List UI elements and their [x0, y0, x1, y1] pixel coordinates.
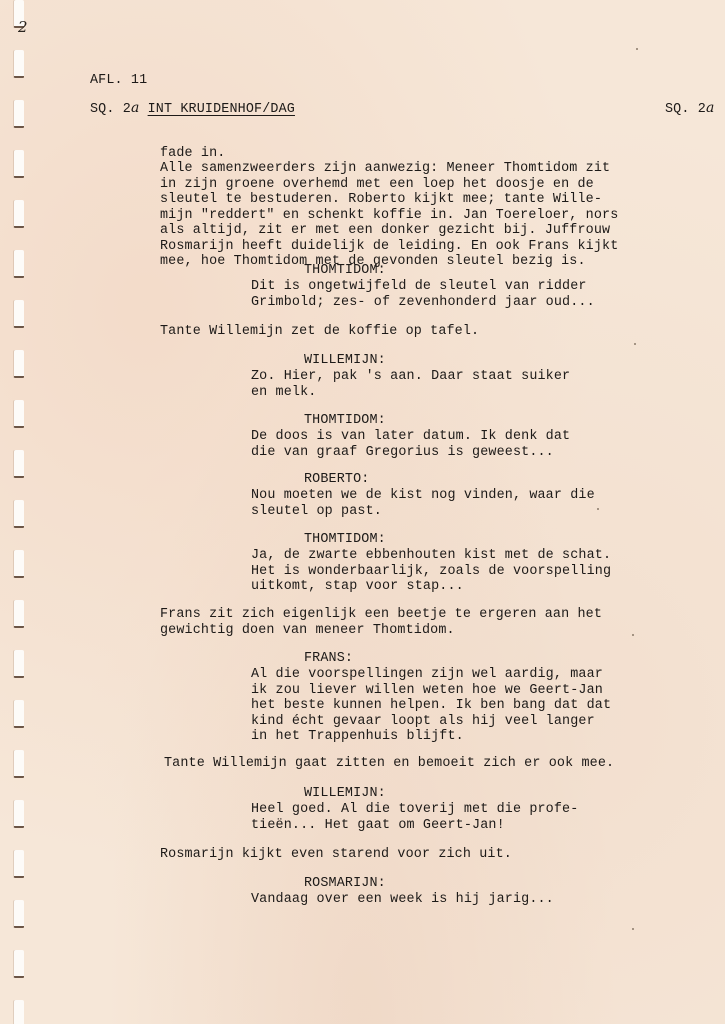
- dialogue-line: in het Trappenhuis blijft.: [251, 729, 464, 744]
- binding-holes: [14, 0, 28, 1024]
- paper-speck: [636, 48, 638, 50]
- sequence-heading: SQ. 2a INT KRUIDENHOF/DAG: [90, 100, 295, 118]
- dialogue-line: sleutel op past.: [251, 504, 382, 519]
- action-block: Frans zit zich eigenlijk een beetje te e…: [160, 607, 602, 638]
- speaker-name: ROSMARIJN:: [304, 876, 386, 892]
- binding-hole: [14, 700, 24, 728]
- binding-hole: [14, 850, 24, 878]
- speaker-name: WILLEMIJN:: [304, 353, 386, 369]
- binding-hole: [14, 50, 24, 78]
- dialogue-block: Dit is ongetwijfeld de sleutel van ridde…: [251, 279, 595, 310]
- dialogue-line: Grimbold; zes- of zevenhonderd jaar oud.…: [251, 295, 595, 310]
- script-page: 2 AFL. 11 SQ. 2a INT KRUIDENHOF/DAG SQ. …: [0, 0, 725, 1024]
- action-block: Tante Willemijn gaat zitten en bemoeit z…: [164, 756, 614, 772]
- speaker-name: THOMTIDOM:: [304, 532, 386, 548]
- binding-hole: [14, 300, 24, 328]
- binding-hole: [14, 800, 24, 828]
- binding-hole: [14, 750, 24, 778]
- dialogue-block: Nou moeten we de kist nog vinden, waar d…: [251, 488, 595, 519]
- action-line: als altijd, zit er met een donker gezich…: [160, 223, 610, 238]
- binding-hole: [14, 500, 24, 528]
- action-line: in zijn groene overhemd met een loep het…: [160, 177, 594, 192]
- binding-hole: [14, 150, 24, 178]
- paper-speck: [597, 508, 599, 510]
- speaker-name: WILLEMIJN:: [304, 786, 386, 802]
- binding-hole: [14, 900, 24, 928]
- action-line: gewichtig doen van meneer Thomtidom.: [160, 623, 455, 638]
- dialogue-block: Zo. Hier, pak 's aan. Daar staat suiker …: [251, 369, 570, 400]
- dialogue-line: tieën... Het gaat om Geert-Jan!: [251, 818, 505, 833]
- dialogue-block: Vandaag over een week is hij jarig...: [251, 892, 554, 908]
- sequence-suffix-right-handwritten: a: [706, 100, 715, 116]
- binding-hole: [14, 200, 24, 228]
- action-line: Alle samenzweerders zijn aanwezig: Menee…: [160, 161, 610, 176]
- episode-label: AFL. 11: [90, 73, 147, 89]
- paper-speck: [634, 343, 636, 345]
- sequence-number-right: SQ. 2a: [665, 100, 714, 118]
- binding-hole: [14, 450, 24, 478]
- binding-hole: [14, 250, 24, 278]
- dialogue-line: Dit is ongetwijfeld de sleutel van ridde…: [251, 279, 587, 294]
- dialogue-line: Al die voorspellingen zijn wel aardig, m…: [251, 667, 603, 682]
- binding-hole: [14, 350, 24, 378]
- binding-hole: [14, 600, 24, 628]
- action-block: Rosmarijn kijkt even starend voor zich u…: [160, 847, 512, 863]
- dialogue-line: Heel goed. Al die toverij met die profe-: [251, 802, 578, 817]
- dialogue-block: De doos is van later datum. Ik denk dat …: [251, 429, 570, 460]
- action-line: Frans zit zich eigenlijk een beetje te e…: [160, 607, 602, 622]
- dialogue-line: Zo. Hier, pak 's aan. Daar staat suiker: [251, 369, 570, 384]
- binding-hole: [14, 950, 24, 978]
- action-block: Tante Willemijn zet de koffie op tafel.: [160, 324, 479, 340]
- speaker-name: THOMTIDOM:: [304, 263, 386, 279]
- dialogue-line: het beste kunnen helpen. Ik ben bang dat…: [251, 698, 611, 713]
- action-line: Rosmarijn heeft duidelijk de leiding. En…: [160, 239, 618, 254]
- sequence-number-right-text: SQ. 2: [665, 102, 706, 117]
- sequence-number: SQ. 2: [90, 102, 131, 117]
- action-line: mijn "reddert" en schenkt koffie in. Jan…: [160, 208, 618, 223]
- paper-speck: [632, 634, 634, 636]
- dialogue-line: Nou moeten we de kist nog vinden, waar d…: [251, 488, 595, 503]
- dialogue-line: kind écht gevaar loopt als hij veel lang…: [251, 714, 595, 729]
- dialogue-line: Het is wonderbaarlijk, zoals de voorspel…: [251, 564, 611, 579]
- dialogue-line: Ja, de zwarte ebbenhouten kist met de sc…: [251, 548, 611, 563]
- dialogue-block: Ja, de zwarte ebbenhouten kist met de sc…: [251, 548, 611, 595]
- dialogue-line: ik zou liever willen weten hoe we Geert-…: [251, 683, 603, 698]
- scene-heading: INT KRUIDENHOF/DAG: [148, 102, 295, 117]
- sequence-suffix-handwritten: a: [131, 100, 140, 116]
- binding-hole: [14, 100, 24, 128]
- binding-hole: [14, 650, 24, 678]
- dialogue-line: die van graaf Gregorius is geweest...: [251, 445, 554, 460]
- speaker-name: FRANS:: [304, 651, 353, 667]
- speaker-name: ROBERTO:: [304, 472, 370, 488]
- dialogue-block: Heel goed. Al die toverij met die profe-…: [251, 802, 578, 833]
- action-line: fade in.: [160, 146, 226, 161]
- dialogue-line: uitkomt, stap voor stap...: [251, 579, 464, 594]
- dialogue-block: Al die voorspellingen zijn wel aardig, m…: [251, 667, 611, 745]
- opening-action: fade in. Alle samenzweerders zijn aanwez…: [160, 130, 618, 270]
- binding-hole: [14, 550, 24, 578]
- handwritten-page-number: 2: [18, 18, 28, 36]
- binding-hole: [14, 1000, 24, 1024]
- action-line: sleutel te bestuderen. Roberto kijkt mee…: [160, 192, 602, 207]
- dialogue-line: en melk.: [251, 385, 317, 400]
- binding-hole: [14, 400, 24, 428]
- speaker-name: THOMTIDOM:: [304, 413, 386, 429]
- paper-speck: [632, 928, 634, 930]
- dialogue-line: De doos is van later datum. Ik denk dat: [251, 429, 570, 444]
